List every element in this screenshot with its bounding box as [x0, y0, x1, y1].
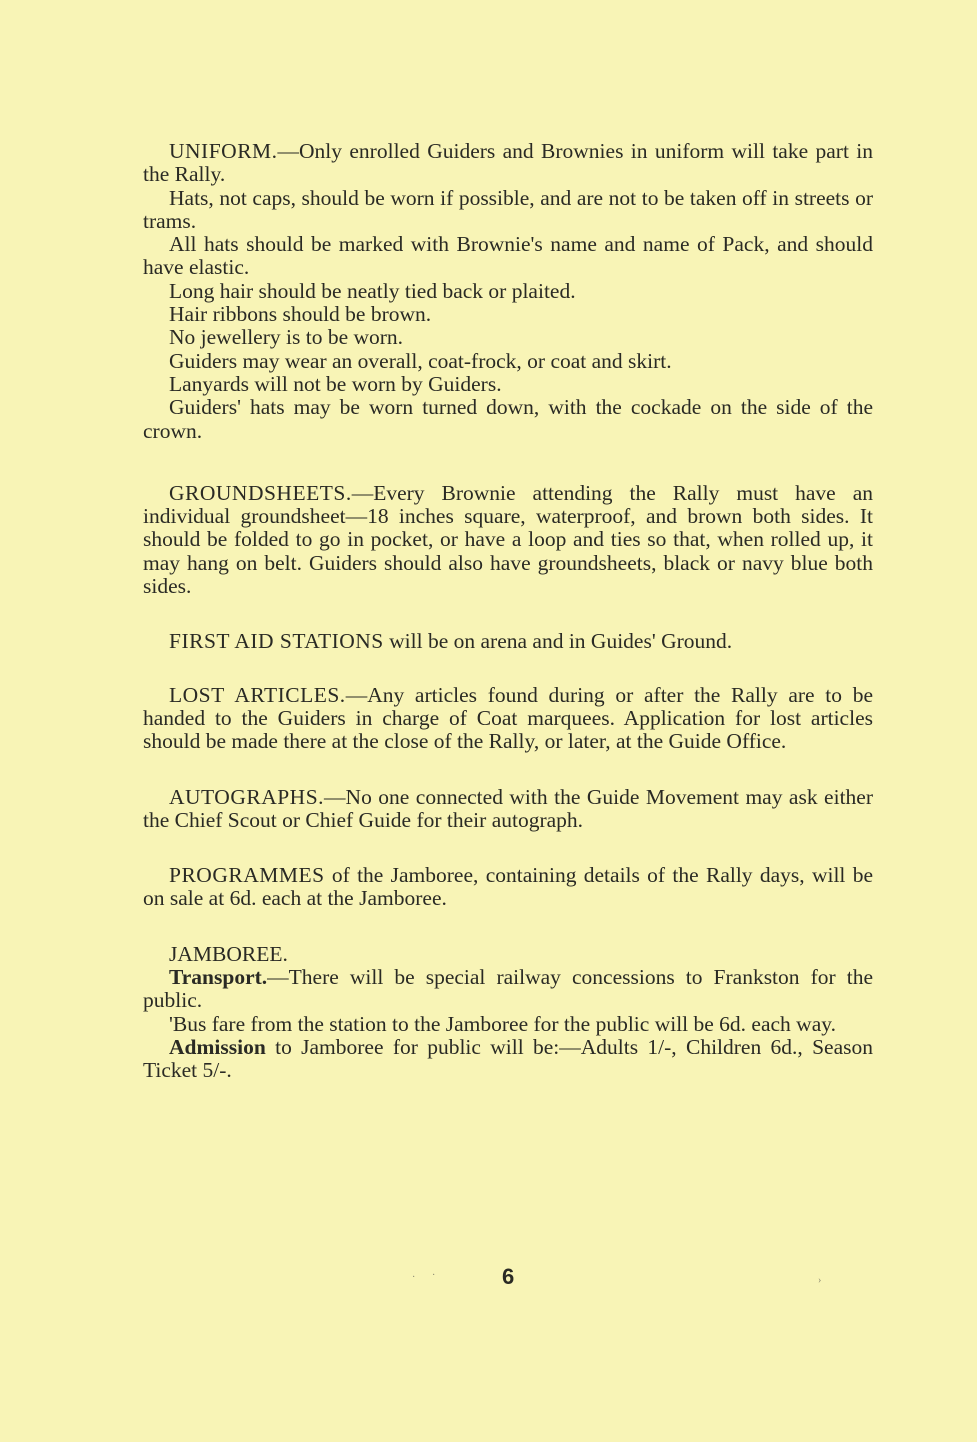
- uniform-rule: Long hair should be neatly tied back or …: [143, 280, 873, 303]
- uniform-rule: All hats should be marked with Brownie's…: [143, 233, 873, 280]
- decorative-speck: ·: [432, 1270, 435, 1281]
- uniform-rule: Guiders may wear an overall, coat-frock,…: [143, 350, 873, 373]
- autographs-heading: AUTOGRAPHS.: [169, 785, 324, 809]
- autographs-paragraph: AUTOGRAPHS.—No one connected with the Gu…: [143, 786, 873, 833]
- uniform-intro: UNIFORM.—Only enrolled Guiders and Brown…: [143, 140, 873, 187]
- decorative-speck: ·: [412, 1272, 415, 1283]
- uniform-heading: UNIFORM.: [169, 139, 278, 163]
- decorative-speck: ›: [818, 1275, 821, 1286]
- section-first-aid: FIRST AID STATIONS will be on arena and …: [143, 630, 873, 653]
- first-aid-paragraph: FIRST AID STATIONS will be on arena and …: [143, 630, 873, 653]
- section-lost-articles: LOST ARTICLES.—Any articles found during…: [143, 684, 873, 754]
- groundsheets-paragraph: GROUNDSHEETS.—Every Brownie attending th…: [143, 482, 873, 598]
- uniform-rule: Hats, not caps, should be worn if possib…: [143, 187, 873, 234]
- jamboree-heading: JAMBOREE.: [143, 943, 873, 966]
- document-page: UNIFORM.—Only enrolled Guiders and Brown…: [143, 140, 873, 1083]
- uniform-rule: No jewellery is to be worn.: [143, 326, 873, 349]
- section-uniform: UNIFORM.—Only enrolled Guiders and Brown…: [143, 140, 873, 443]
- lost-articles-paragraph: LOST ARTICLES.—Any articles found during…: [143, 684, 873, 754]
- first-aid-text: will be on arena and in Guides' Ground.: [384, 629, 732, 653]
- admission-label: Admission: [169, 1035, 266, 1059]
- lost-articles-heading: LOST ARTICLES.: [169, 683, 346, 707]
- transport-label: Transport.: [169, 965, 267, 989]
- programmes-heading: PROGRAMMES: [169, 863, 325, 887]
- jamboree-transport: Transport.—There will be special railway…: [143, 966, 873, 1013]
- uniform-rule: Hair ribbons should be brown.: [143, 303, 873, 326]
- page-number: 6: [502, 1264, 514, 1290]
- section-programmes: PROGRAMMES of the Jamboree, containing d…: [143, 864, 873, 911]
- uniform-rule: Lanyards will not be worn by Guiders.: [143, 373, 873, 396]
- section-jamboree: JAMBOREE. Transport.—There will be speci…: [143, 943, 873, 1083]
- section-groundsheets: GROUNDSHEETS.—Every Brownie attending th…: [143, 482, 873, 598]
- uniform-rule: Guiders' hats may be worn turned down, w…: [143, 396, 873, 443]
- first-aid-heading: FIRST AID STATIONS: [169, 629, 384, 653]
- groundsheets-heading: GROUNDSHEETS.: [169, 481, 352, 505]
- jamboree-bus-fare: 'Bus fare from the station to the Jambor…: [143, 1013, 873, 1036]
- programmes-paragraph: PROGRAMMES of the Jamboree, containing d…: [143, 864, 873, 911]
- section-autographs: AUTOGRAPHS.—No one connected with the Gu…: [143, 786, 873, 833]
- jamboree-admission: Admission to Jamboree for public will be…: [143, 1036, 873, 1083]
